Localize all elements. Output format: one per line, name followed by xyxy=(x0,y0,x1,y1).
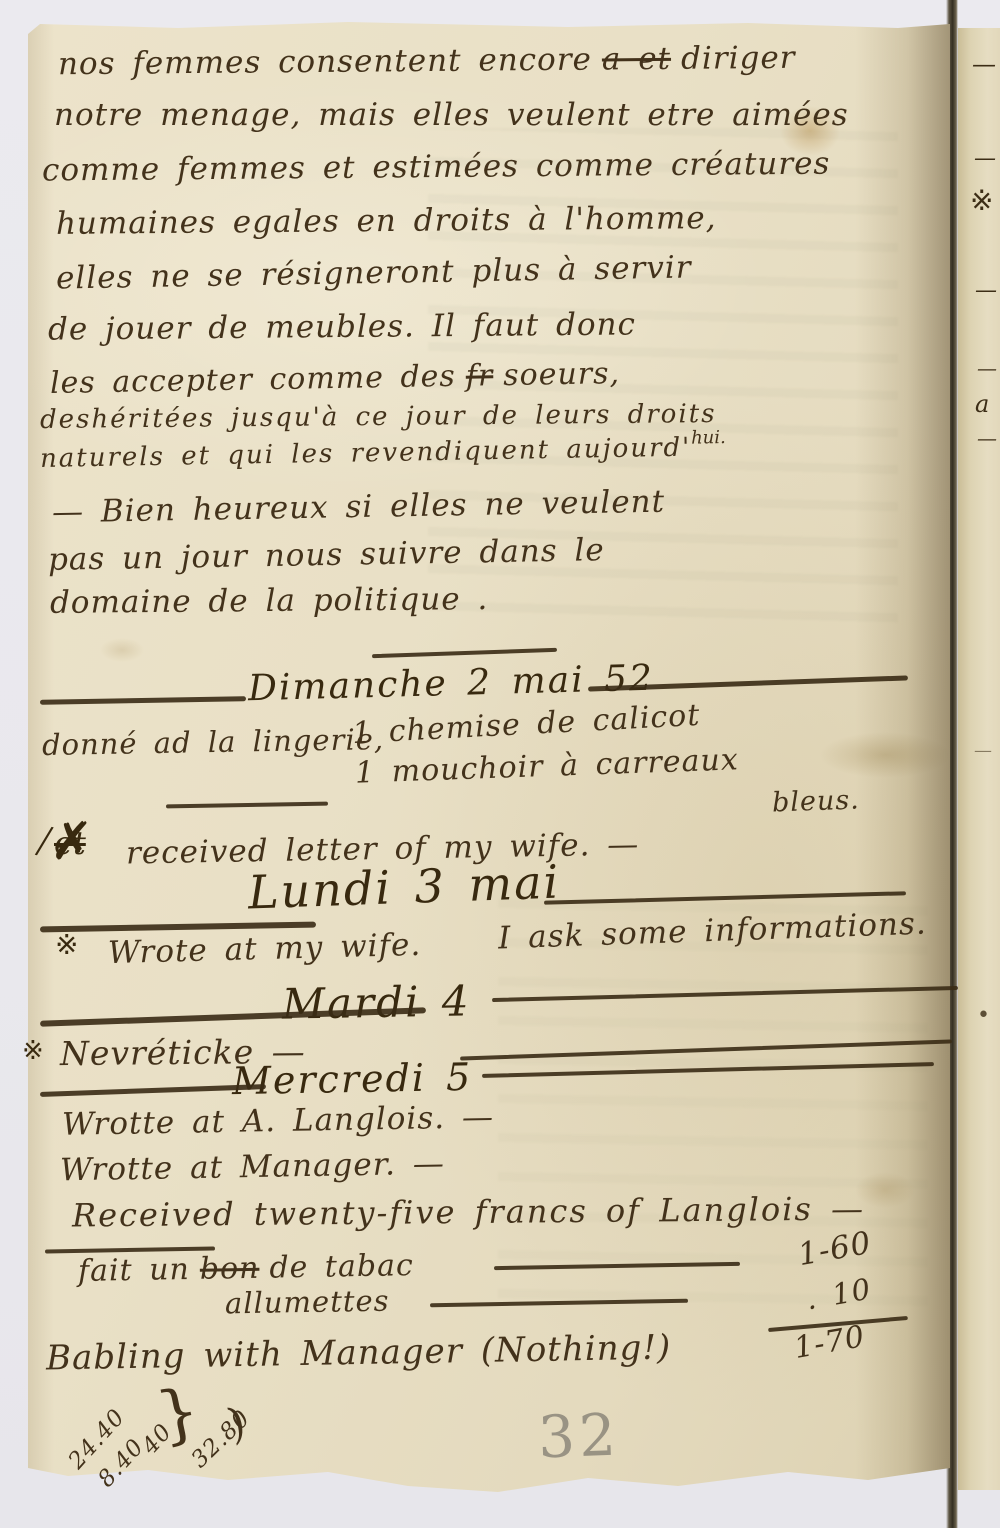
tobacco-entry-text: fait un xyxy=(78,1252,190,1289)
scribbled-out-mark: / et ✗ xyxy=(54,824,86,862)
superscript-hui: hui. xyxy=(691,427,726,449)
french-line-2: notre menage, mais elles veulent etre ai… xyxy=(54,100,849,131)
facing-page-ink-mark: — xyxy=(977,426,997,450)
french-line-1: nos femmes consentent encorea etdiriger xyxy=(58,43,796,80)
babbling-entry: Babling with Manager (Nothing!) xyxy=(46,1331,672,1376)
wednesday-date-header: Mercredi 5 xyxy=(232,1058,473,1100)
facing-page-ink-mark: — xyxy=(977,356,997,380)
french-line-6: de jouer de meubles. Il faut donc xyxy=(48,309,636,345)
french-line-1-end: diriger xyxy=(681,40,796,77)
reference-mark: ※ xyxy=(55,928,78,961)
wednesday-entry-3: Received twenty-five francs of Langlois … xyxy=(72,1193,865,1232)
french-line-3: comme femmes et estimées comme créatures xyxy=(42,149,831,187)
french-line-7-text: les accepter comme des xyxy=(50,359,456,401)
french-line-4: humaines egales en droits à l'homme, xyxy=(56,203,717,240)
facing-page-ink-mark: — xyxy=(972,50,996,78)
facing-page-edge: — — ※ — — a — — • xyxy=(958,28,1000,1490)
sunday-entry-item2-end: bleus. xyxy=(772,786,861,816)
facing-page-ink-mark: • xyxy=(977,1003,990,1028)
french-line-7-end: soeurs, xyxy=(503,356,620,393)
stain xyxy=(100,638,144,662)
matches-entry: allumettes xyxy=(225,1287,390,1319)
facing-page-ink-mark: a xyxy=(975,390,989,418)
stain xyxy=(820,732,950,778)
facing-page-ink-mark: — xyxy=(974,740,992,761)
french-line-1-text: nos femmes consentent encore xyxy=(58,42,592,83)
wednesday-entry-1: Wrotte at A. Langlois. — xyxy=(62,1102,494,1141)
sunday-entry-left: donné ad la lingerie, xyxy=(42,725,385,760)
wednesday-entry-2: Wrotte at Manager. — xyxy=(60,1149,445,1187)
reference-mark: ※ xyxy=(22,1036,44,1066)
tuesday-date-header: Mardi 4 xyxy=(282,980,471,1025)
tobacco-entry: fait unbonde tabac xyxy=(78,1251,414,1287)
facing-page-ink-mark: — xyxy=(975,278,997,303)
scanner-background: — — ※ — — a — — • nos femmes consentent … xyxy=(0,0,1000,1528)
crossed-out-word: fr xyxy=(465,358,493,393)
monday-date-header: Lundi 3 mai xyxy=(247,859,561,916)
monday-entry: Wrote at my wife. xyxy=(108,930,422,969)
french-line-12: domaine de la politique . xyxy=(50,584,489,619)
facing-page-reference-mark: ※ xyxy=(970,184,993,217)
facing-page-ink-mark: — xyxy=(974,146,996,171)
crossed-out-word: a et xyxy=(602,41,671,78)
crossed-out-word: bon xyxy=(200,1251,260,1287)
scribble-cross: ✗ xyxy=(50,812,94,872)
page-number-pencil: 32 xyxy=(537,1401,621,1472)
french-line-8: deshéritées jusqu'à ce jour de leurs dro… xyxy=(40,401,717,433)
tobacco-entry-end: de tabac xyxy=(269,1248,414,1286)
